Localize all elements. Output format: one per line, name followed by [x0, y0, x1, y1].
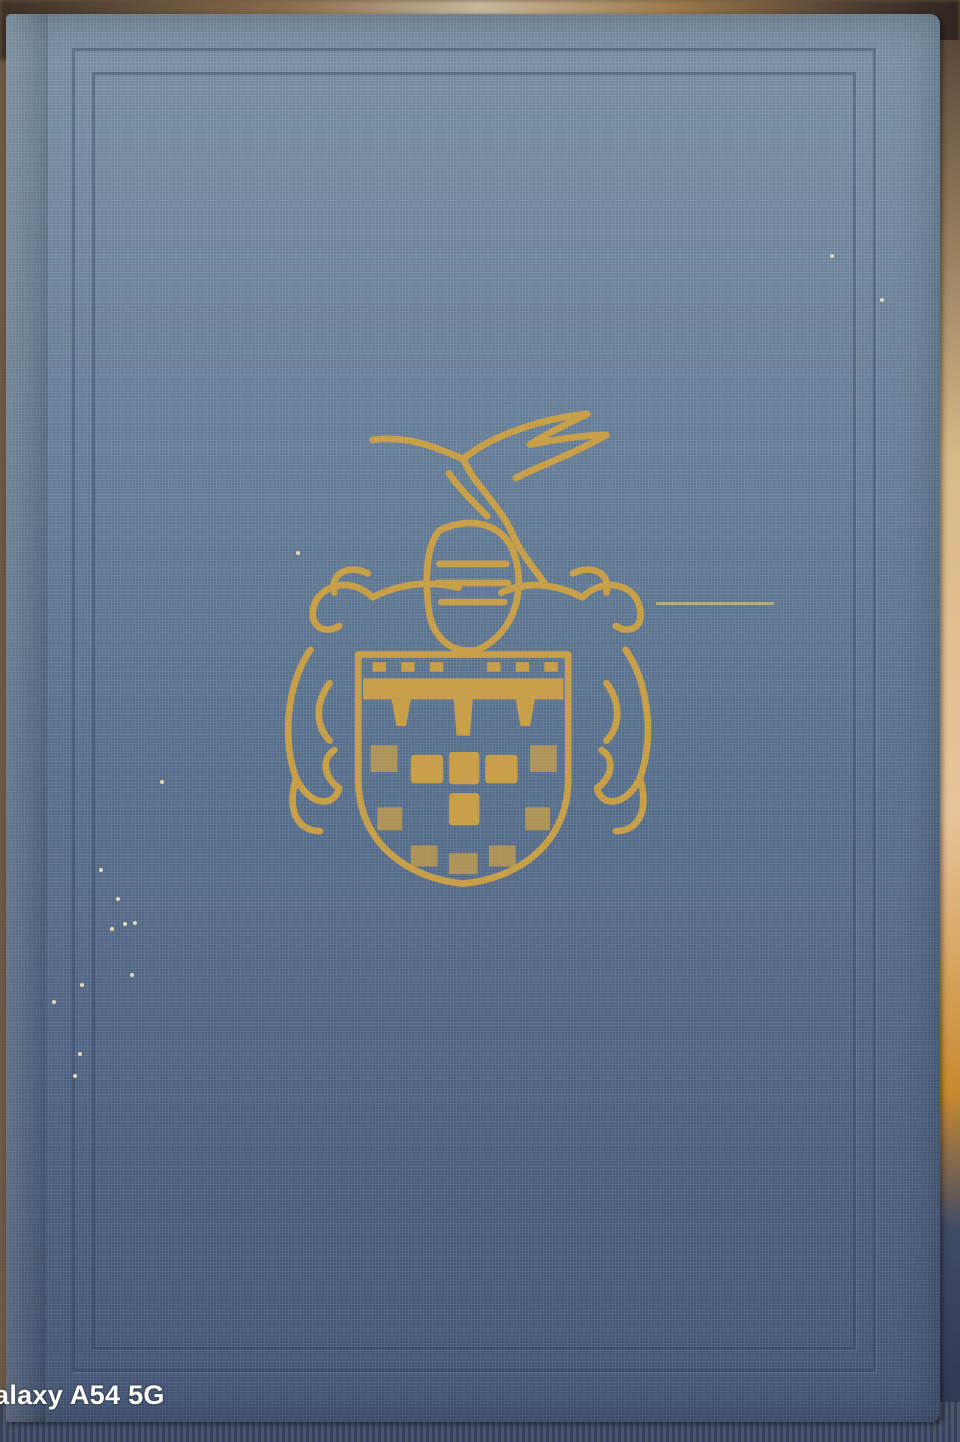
escutcheon-left [411, 755, 443, 784]
spine-hinge [6, 14, 48, 1422]
scuff-mark [656, 602, 774, 605]
coat-of-arms-icon [258, 385, 678, 905]
escutcheon-center [449, 752, 480, 784]
crest-wing [373, 414, 607, 478]
escutcheon-right [485, 755, 517, 784]
escutcheon-bottom [449, 793, 480, 825]
camera-watermark: alaxy A54 5G [0, 1380, 165, 1411]
shield-bar [363, 678, 563, 699]
